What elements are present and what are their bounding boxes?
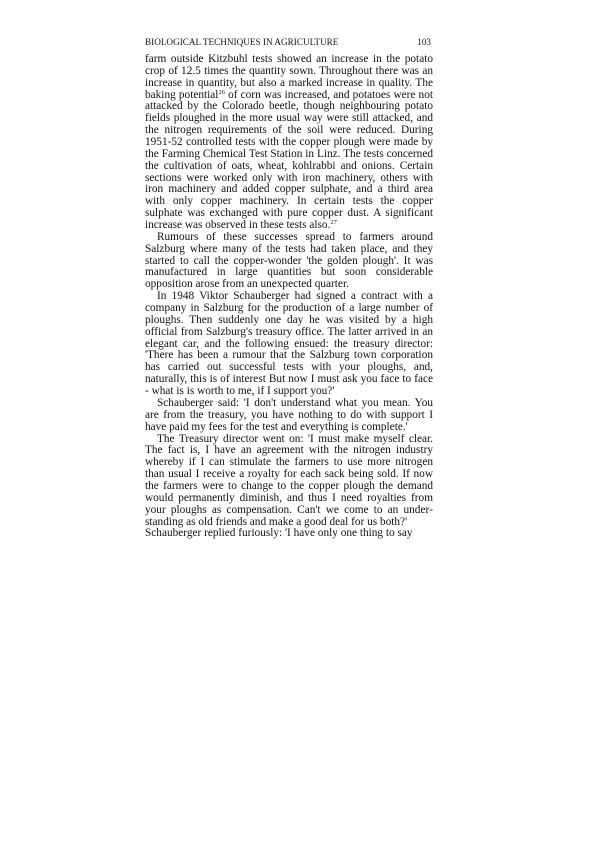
paragraph-1: farm outside Kitzbuhl tests showed an in… (145, 54, 433, 232)
document-page: BIOLOGICAL TECHNIQUES IN AGRICULTURE 103… (145, 36, 433, 540)
paragraph-2: Rumours of these successes spread to far… (145, 232, 433, 291)
running-title: BIOLOGICAL TECHNIQUES IN AGRICULTURE (145, 36, 338, 50)
running-header: BIOLOGICAL TECHNIQUES IN AGRICULTURE 103 (145, 36, 433, 50)
paragraph-5: The Treasury director went on: 'I must m… (145, 434, 433, 529)
page-number: 103 (417, 36, 431, 50)
paragraph-3: In 1948 Viktor Schauberger had signed a … (145, 291, 433, 398)
footnote-ref: 27 (330, 219, 337, 226)
body-text: farm outside Kitzbuhl tests showed an in… (145, 54, 433, 540)
paragraph-text: of corn was increased, and potatoes were… (145, 89, 433, 231)
paragraph-4: Schauberger said: 'I don't understand wh… (145, 398, 433, 434)
paragraph-6: Schauberger replied furiously: 'I have o… (145, 528, 433, 540)
